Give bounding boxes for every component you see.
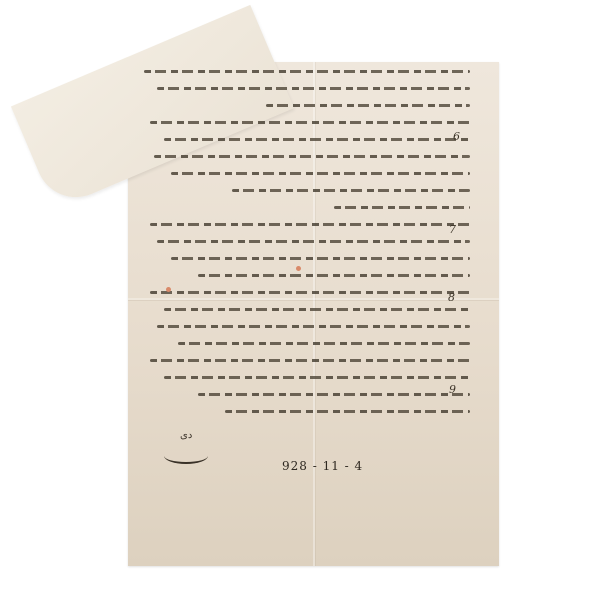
margin-number: 7 (449, 223, 456, 236)
text-line (232, 189, 470, 192)
margin-number: 6 (453, 130, 460, 143)
text-line (334, 206, 470, 209)
text-line (157, 240, 470, 243)
text-line (225, 410, 470, 413)
text-line (150, 121, 470, 124)
text-line (154, 155, 470, 158)
text-line (164, 308, 470, 311)
text-line (150, 359, 470, 362)
signature (164, 448, 208, 464)
handwritten-text-block (130, 70, 470, 427)
text-line (157, 87, 470, 90)
text-line (266, 104, 470, 107)
document-date: 928 - 11 - 4 (282, 459, 363, 473)
text-line (150, 223, 470, 226)
text-line (171, 257, 470, 260)
text-line (178, 342, 470, 345)
text-line (164, 376, 470, 379)
text-line (198, 274, 470, 277)
text-line (171, 172, 470, 175)
margin-number: 9 (449, 383, 456, 396)
ink-stain (296, 266, 301, 271)
text-line (164, 138, 470, 141)
ink-stain (166, 287, 171, 292)
text-line (157, 325, 470, 328)
text-line (144, 70, 470, 73)
text-line (150, 291, 470, 294)
text-line (198, 393, 470, 396)
margin-number: 8 (448, 291, 455, 304)
signature-mark: دی (180, 430, 192, 441)
